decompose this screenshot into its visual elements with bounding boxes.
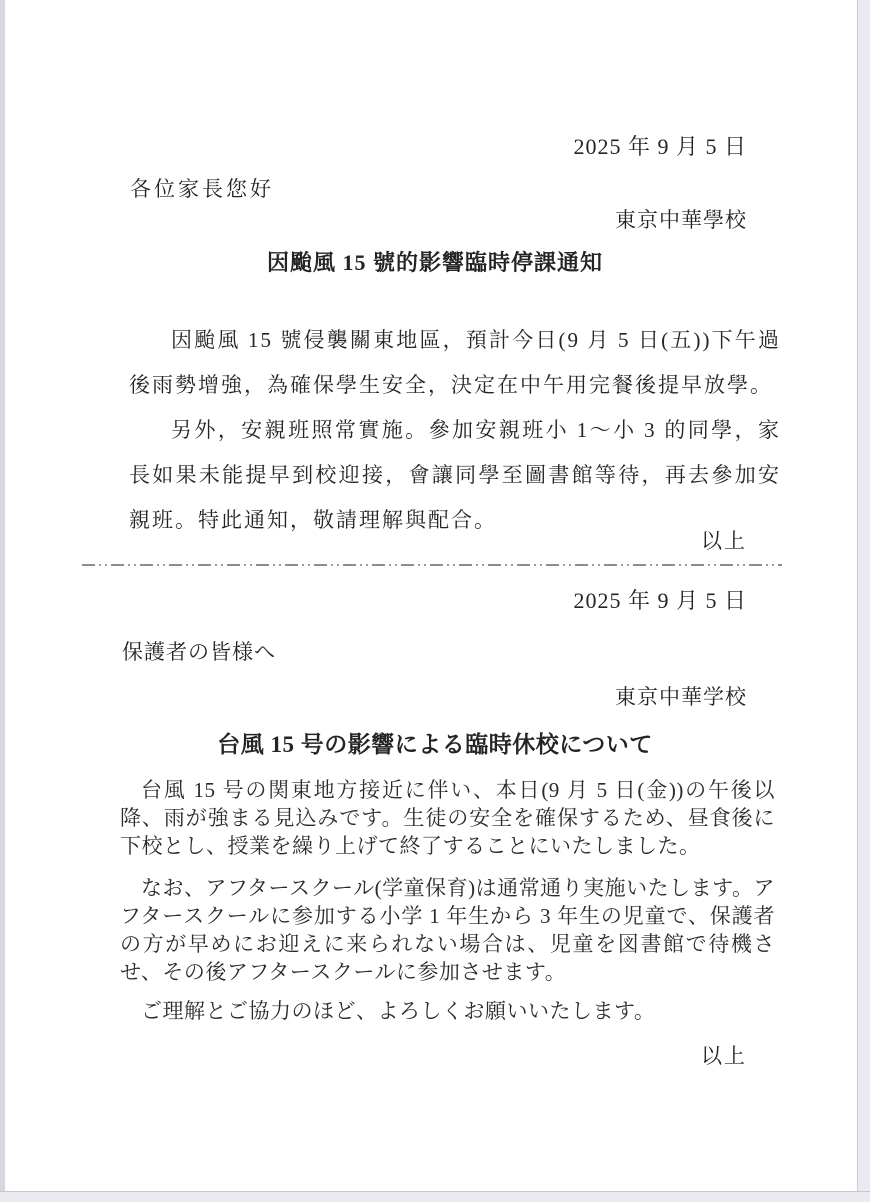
jp-closing: 以上 [130,1040,747,1070]
jp-paragraph-3-wrap: ご理解とご協力のほど、よろしくお願いいたします。 [120,997,775,1025]
jp-issue-date: 2025 年 9 月 5 日 [130,584,747,615]
cn-school-name: 東京中華學校 [130,204,747,234]
jp-school-name: 東京中華学校 [130,681,747,711]
cn-paragraph-1: 因颱風 15 號侵襲關東地區，預計今日(9 月 5 日(五))下午過後雨勢增強，… [129,318,781,408]
page-edge-left [0,0,5,1202]
jp-notice-title: 台風 15 号の影響による臨時休校について [95,726,775,759]
cn-paragraph-2: 另外，安親班照常實施。參加安親班小 1～小 3 的同學，家長如果未能提早到校迎接… [129,408,781,543]
scanned-notice-page: 2025 年 9 月 5 日 各位家長您好 東京中華學校 因颱風 15 號的影響… [0,0,870,1202]
cn-issue-date: 2025 年 9 月 5 日 [130,130,747,161]
jp-paragraph-3: ご理解とご協力のほど、よろしくお願いいたします。 [120,997,775,1025]
jp-greeting: 保護者の皆様へ [122,636,276,666]
jp-paragraph-1-wrap: 台風 15 号の関東地方接近に伴い、本日(9 月 5 日(金))の午後以降、雨が… [120,776,775,860]
jp-paragraph-2-wrap: なお、アフタースクール(学童保育)は通常通り実施いたします。アフタースクールに参… [120,874,775,986]
section-divider [82,564,782,566]
cn-notice-title: 因颱風 15 號的影響臨時停課通知 [95,246,775,277]
cn-closing: 以上 [130,525,747,555]
cn-greeting: 各位家長您好 [130,173,274,203]
jp-paragraph-1: 台風 15 号の関東地方接近に伴い、本日(9 月 5 日(金))の午後以降、雨が… [120,776,775,860]
cn-body: 因颱風 15 號侵襲關東地區，預計今日(9 月 5 日(五))下午過後雨勢增強，… [129,318,781,543]
page-edge-bottom [0,1191,870,1202]
page-edge-right [857,0,870,1202]
jp-paragraph-2: なお、アフタースクール(学童保育)は通常通り実施いたします。アフタースクールに参… [120,874,775,986]
